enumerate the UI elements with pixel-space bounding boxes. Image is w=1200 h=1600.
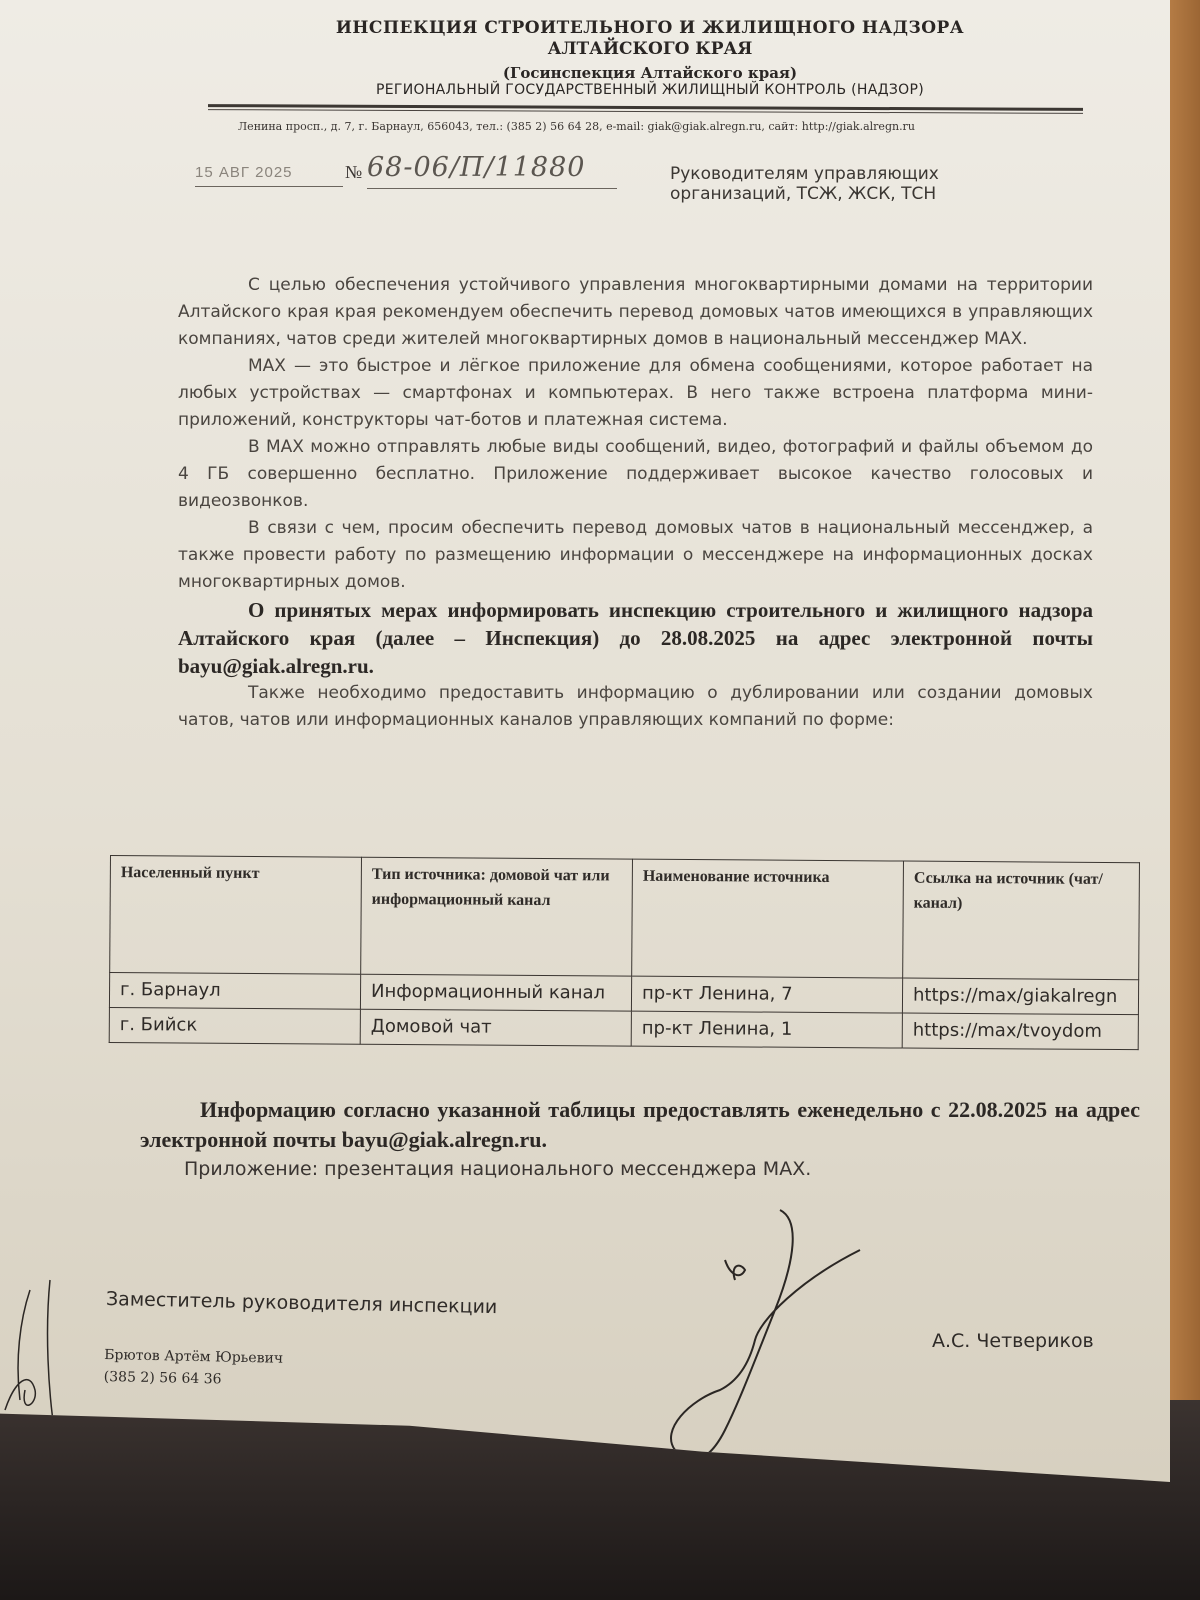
signatory-name: А.С. Четвериков [932,1330,1094,1352]
cell-source-type: Информационный канал [360,974,631,1011]
letterhead: ИНСПЕКЦИЯ СТРОИТЕЛЬНОГО И ЖИЛИЩНОГО НАДЗ… [200,18,1100,98]
addressee-line1: Руководителям управляющих [670,164,939,184]
cell-source-name: пр-кт Ленина, 1 [631,1011,902,1048]
addressee: Руководителям управляющих организаций, Т… [670,164,939,204]
cell-source-type: Домовой чат [360,1009,631,1046]
report-form-table: Населенный пункт Тип источника: домовой … [109,855,1140,1050]
org-division: РЕГИОНАЛЬНЫЙ ГОСУДАРСТВЕННЫЙ ЖИЛИЩНЫЙ КО… [200,82,1100,98]
number-label: № [345,162,362,183]
table-header-row: Населенный пункт Тип источника: домовой … [110,856,1140,980]
document-page: ИНСПЕКЦИЯ СТРОИТЕЛЬНОГО И ЖИЛИЩНОГО НАДЗ… [0,0,1170,1520]
org-short-name: (Госинспекция Алтайского края) [200,64,1100,82]
paragraph-deadline: О принятых мерах информировать инспекцию… [178,596,1093,680]
org-name-line2: АЛТАЙСКОГО КРАЯ [200,39,1100,59]
handwritten-signature [630,1200,870,1480]
org-address: Ленина просп., д. 7, г. Барнаул, 656043,… [238,120,915,133]
paragraph-request: В связи с чем, просим обеспечить перевод… [178,515,1093,596]
number-underline [367,188,617,189]
date-stamp: 15 АВГ 2025 [195,164,293,181]
paragraph-purpose: С целью обеспечения устойчивого управлен… [178,272,1093,353]
executor-block: Брютов Артём Юрьевич (385 2) 56 64 36 [104,1344,284,1392]
paragraph-max-description: MAX — это быстрое и лёгкое приложение дл… [178,353,1093,434]
paragraph-max-features: В MAX можно отправлять любые виды сообще… [178,434,1093,515]
header-source-link: Ссылка на источник (чат/канал) [903,861,1140,980]
closing-block: Информацию согласно указанной таблицы пр… [140,1095,1140,1183]
reference-block: 15 АВГ 2025 № 68-06/П/11880 [195,158,625,198]
paragraph-weekly-report: Информацию согласно указанной таблицы пр… [140,1095,1140,1155]
cell-source-link: https://max/giakalregn [902,978,1138,1015]
header-source-type: Тип источника: домовой чат или информаци… [361,857,633,976]
cell-source-link: https://max/tvoydom [902,1013,1138,1050]
cell-locality: г. Барнаул [109,973,360,1010]
attachment-note: Приложение: презентация национального ме… [184,1155,1140,1183]
header-locality: Населенный пункт [110,856,362,975]
outgoing-number: 68-06/П/11880 [367,152,585,183]
paragraph-form-request: Также необходимо предоставить информацию… [178,680,1093,734]
header-source-name: Наименование источника [632,859,904,978]
table-row: г. Бийск Домовой чат пр-кт Ленина, 1 htt… [109,1007,1138,1049]
addressee-line2: организаций, ТСЖ, ЖСК, ТСН [670,184,939,204]
executor-phone: (385 2) 56 64 36 [104,1366,283,1392]
date-underline [195,186,343,187]
letter-body: С целью обеспечения устойчивого управлен… [178,272,1093,734]
signatory-title: Заместитель руководителя инспекции [106,1288,498,1318]
cell-source-name: пр-кт Ленина, 7 [631,976,902,1013]
cell-locality: г. Бийск [109,1007,360,1044]
org-name-line1: ИНСПЕКЦИЯ СТРОИТЕЛЬНОГО И ЖИЛИЩНОГО НАДЗ… [200,18,1100,38]
